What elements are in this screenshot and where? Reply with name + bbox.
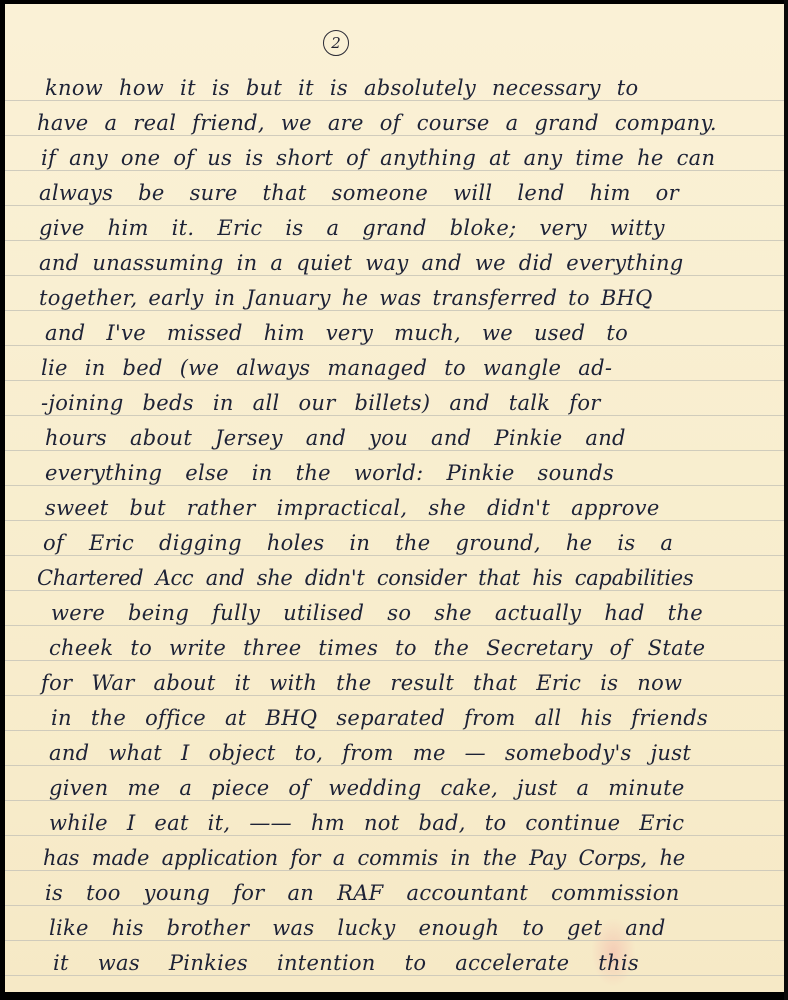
ruled-line <box>5 415 785 416</box>
text-line: has made application for a commis in the… <box>5 846 785 870</box>
text-line: in the office at BHQ separated from all … <box>5 706 785 730</box>
text-line: give him it. Eric is a grand bloke; very… <box>5 216 785 240</box>
ruled-line <box>5 450 785 451</box>
scan-edge <box>784 0 788 1000</box>
ruled-line <box>5 485 785 486</box>
text-line: given me a piece of wedding cake, just a… <box>5 776 785 800</box>
text-line: while I eat it, —— hm not bad, to contin… <box>5 811 785 835</box>
text-line: have a real friend, we are of course a g… <box>5 111 785 135</box>
ruled-line <box>5 380 785 381</box>
letter-page: 2 know how it is but it is absolutely ne… <box>5 4 785 992</box>
text-line: and what I object to, from me — somebody… <box>5 741 785 765</box>
ruled-line <box>5 135 785 136</box>
ruled-line <box>5 975 785 976</box>
ruled-line <box>5 940 785 941</box>
ruled-line <box>5 345 785 346</box>
ruled-line <box>5 800 785 801</box>
text-line: cheek to write three times to the Secret… <box>5 636 785 660</box>
text-line: always be sure that someone will lend hi… <box>5 181 785 205</box>
ruled-line <box>5 590 785 591</box>
ruled-line <box>5 695 785 696</box>
ruled-line <box>5 170 785 171</box>
ruled-line <box>5 905 785 906</box>
text-line: were being fully utilised so she actuall… <box>5 601 785 625</box>
ruled-line <box>5 520 785 521</box>
ruled-line <box>5 625 785 626</box>
text-line: know how it is but it is absolutely nece… <box>5 76 785 100</box>
text-line: together, early in January he was transf… <box>5 286 785 310</box>
page-number: 2 <box>323 30 349 56</box>
ruled-line <box>5 240 785 241</box>
text-line: and unassuming in a quiet way and we did… <box>5 251 785 275</box>
text-line: of Eric digging holes in the ground, he … <box>5 531 785 555</box>
ruled-line <box>5 205 785 206</box>
text-line: lie in bed (we always managed to wangle … <box>5 356 785 380</box>
text-line: and I've missed him very much, we used t… <box>5 321 785 345</box>
ruled-line <box>5 835 785 836</box>
text-line: is too young for an RAF accountant commi… <box>5 881 785 905</box>
text-line: -joining beds in all our billets) and ta… <box>5 391 785 415</box>
text-line: for War about it with the result that Er… <box>5 671 785 695</box>
text-line: hours about Jersey and you and Pinkie an… <box>5 426 785 450</box>
ruled-line <box>5 660 785 661</box>
ruled-line <box>5 100 785 101</box>
ruled-line <box>5 555 785 556</box>
text-line: Chartered Acc and she didn't consider th… <box>5 566 785 590</box>
ruled-line <box>5 275 785 276</box>
text-line: it was Pinkies intention to accelerate t… <box>5 951 785 975</box>
text-line: if any one of us is short of anything at… <box>5 146 785 170</box>
text-line: everything else in the world: Pinkie sou… <box>5 461 785 485</box>
ruled-line <box>5 310 785 311</box>
ruled-line <box>5 870 785 871</box>
ruled-line <box>5 730 785 731</box>
text-line: like his brother was lucky enough to get… <box>5 916 785 940</box>
text-line: sweet but rather impractical, she didn't… <box>5 496 785 520</box>
ruled-line <box>5 765 785 766</box>
